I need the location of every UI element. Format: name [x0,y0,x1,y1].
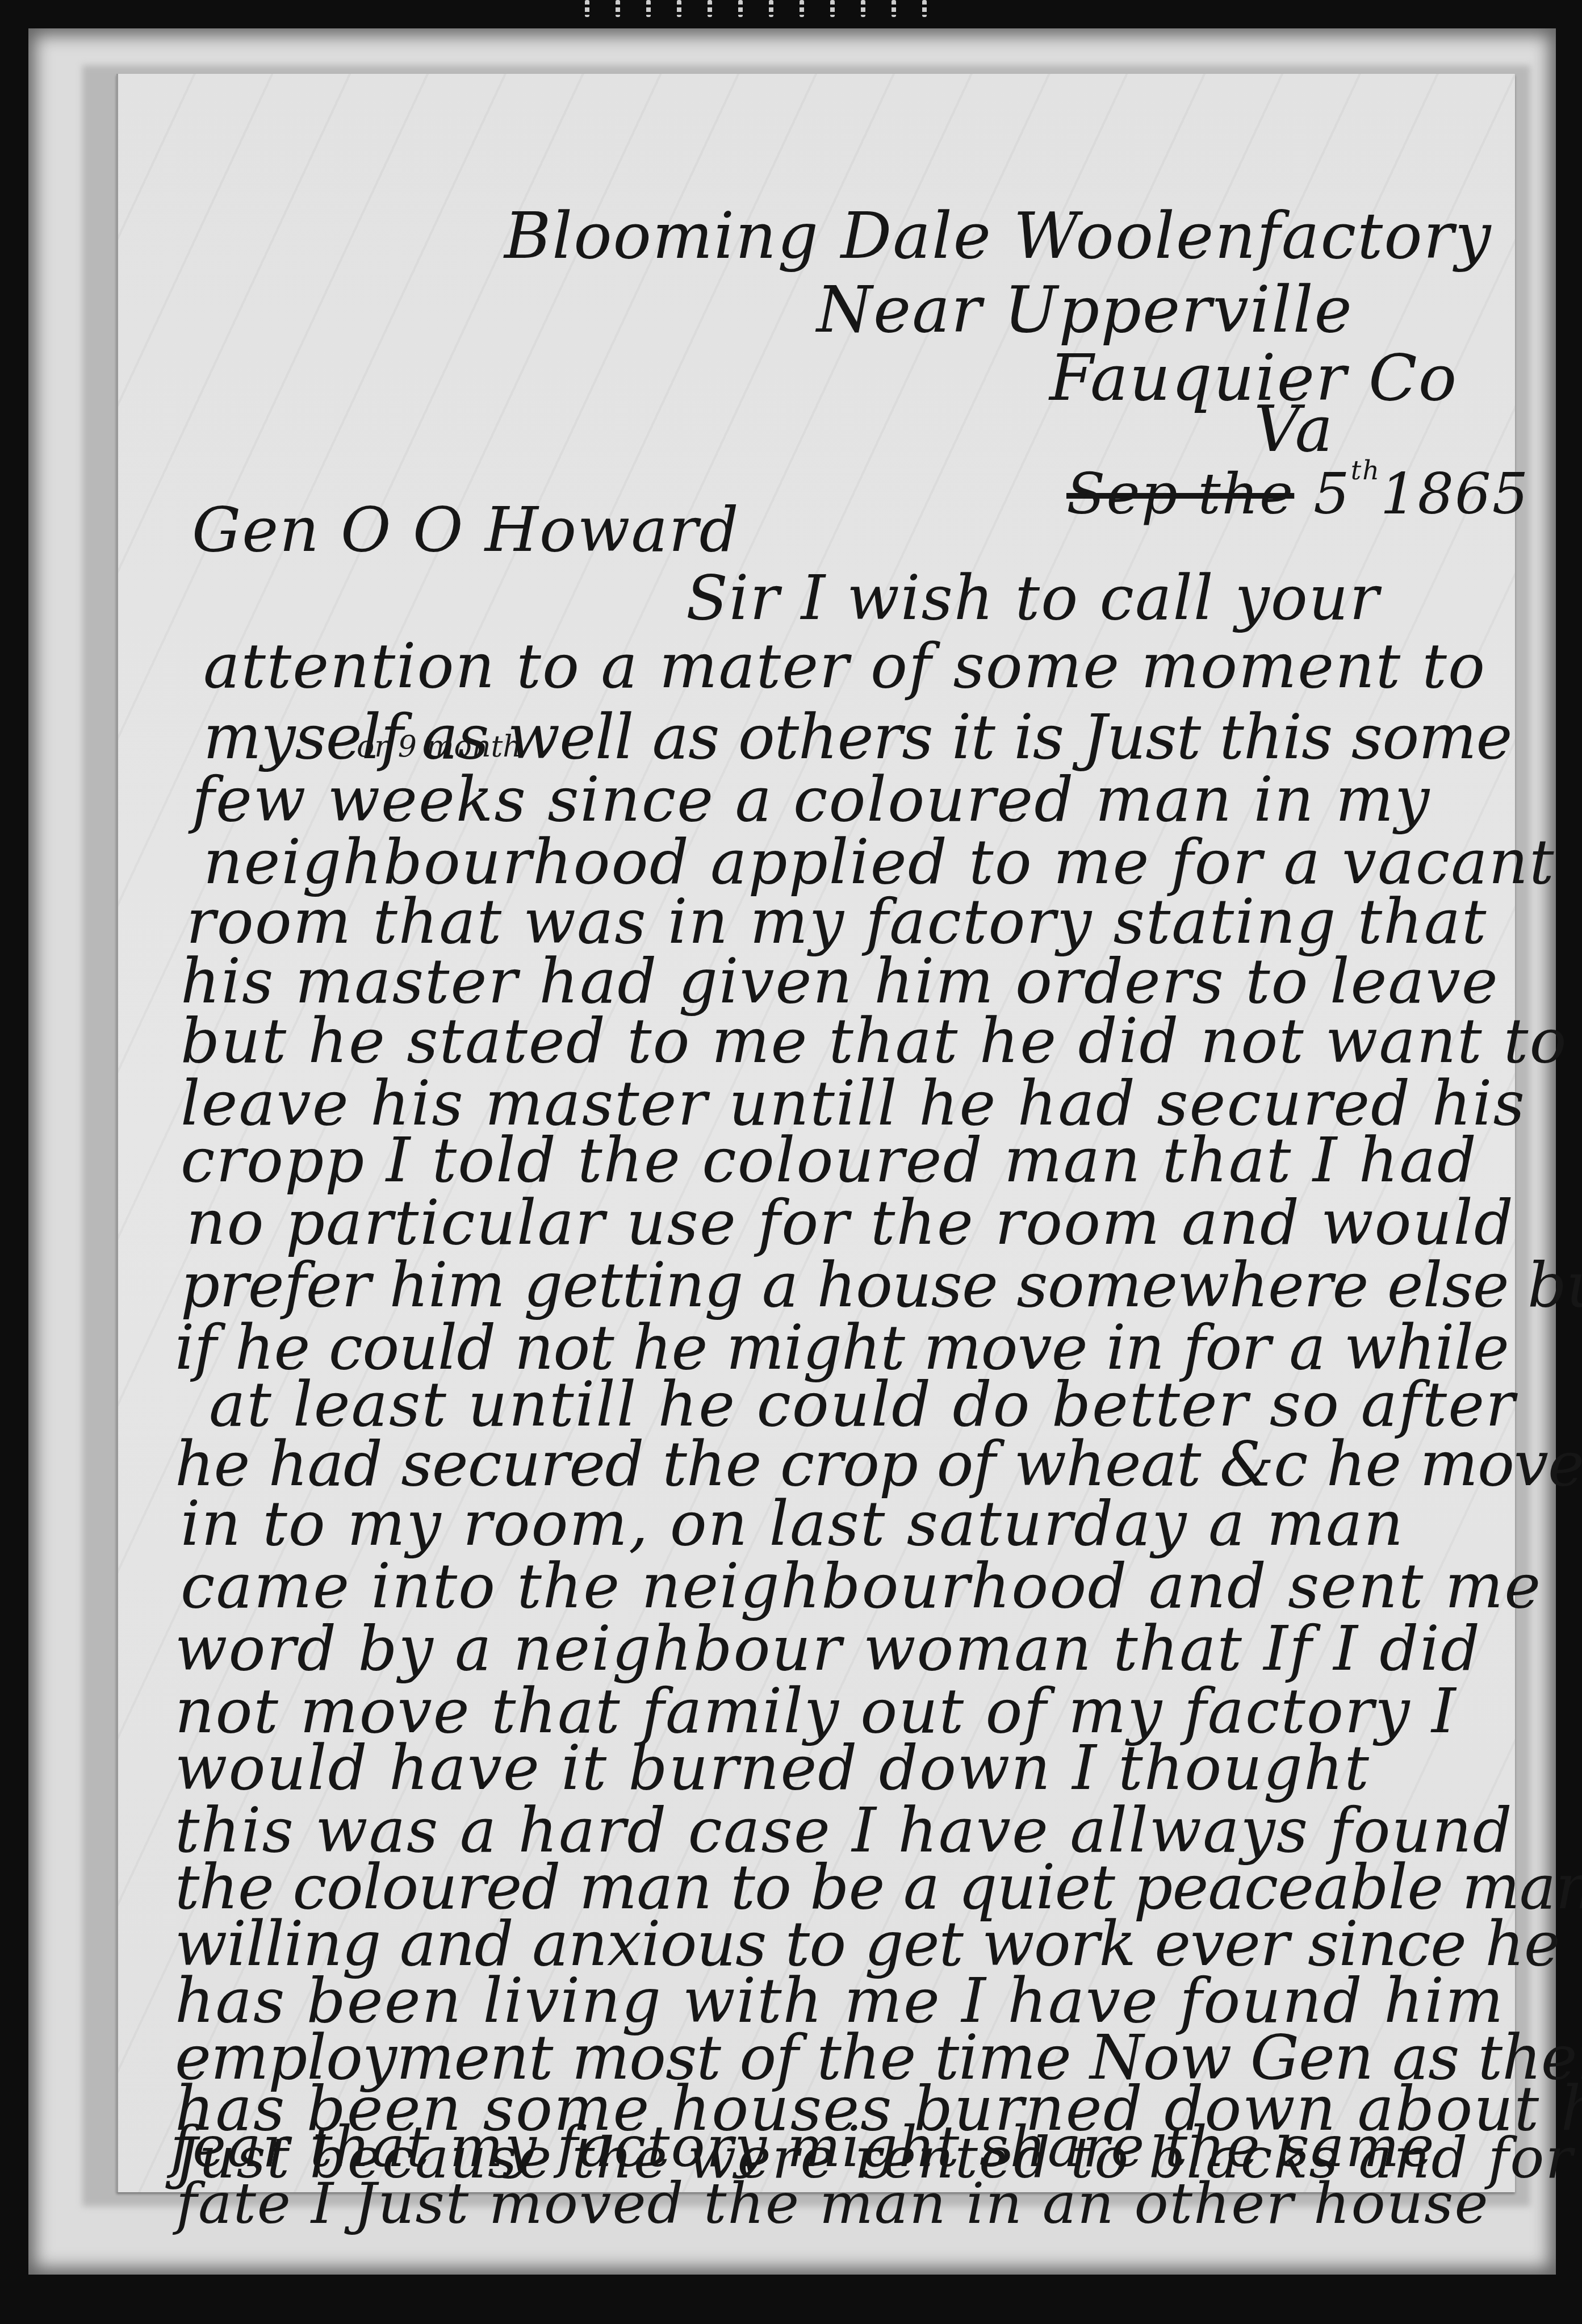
date-year: 1865 [1380,461,1530,527]
body-line: no particular use for the room and would [186,1193,1514,1254]
letterhead-place: Blooming Dale Woolenfactory [504,204,1492,268]
body-line: neighbourhood applied to me for a vacant [203,832,1555,893]
body-line: came into the neighbourhood and sent me [181,1556,1542,1617]
body-line: fear that my factory might share the sam… [170,2118,1435,2175]
salutation: Gen O O Howard [192,500,740,561]
body-line: in to my room, on last saturday a man [181,1494,1404,1555]
body-line: he had secured the crop of wheat &c he m… [175,1434,1582,1495]
body-line: Sir I wish to call your [686,568,1380,629]
body-line: room that was in my factory stating that [186,892,1487,953]
body-line: prefer him getting a house somewhere els… [181,1255,1582,1316]
body-line: fate I Just moved the man in an other ho… [176,2175,1489,2232]
body-line: myself as well as others it is Just this… [203,707,1512,768]
body-line: at least untill he could do better so af… [209,1374,1516,1436]
body-line: cropp I told the coloured man that I had [181,1130,1478,1192]
body-line: would have it burned down I thought [175,1738,1370,1799]
letterhead-near: Near Upperville [817,278,1353,342]
date-suffix: th [1351,455,1380,486]
date-struck-month: Sep the [1066,461,1294,527]
body-line: but he stated to me that he did not want… [181,1011,1568,1072]
letterhead-state: Va [1254,398,1334,461]
letter-date: Sep the 5th1865 [1066,466,1529,523]
body-line: few weeks since a coloured man in my [192,770,1430,831]
body-line: word by a neighbour woman that If I did [175,1619,1481,1680]
letter-page: Blooming Dale Woolenfactory Near Uppervi… [116,74,1515,2192]
body-line: his master had given him orders to leave [181,951,1499,1013]
date-day: 5 [1313,461,1351,527]
body-line: attention to a mater of some moment to [203,636,1486,697]
microfilm-frame-code [585,0,927,20]
